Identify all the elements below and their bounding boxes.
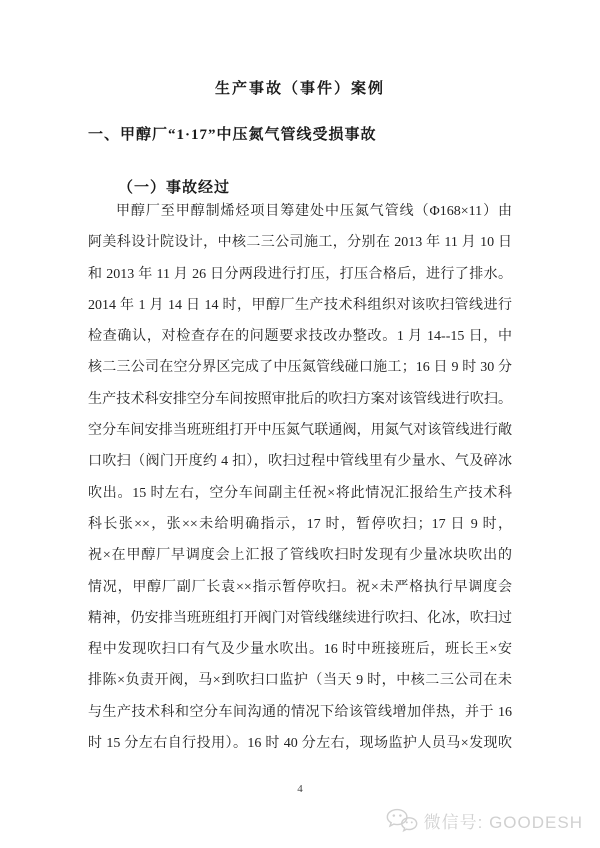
paragraph-line: 2014 年 1 月 14 日 14 时，甲醇厂生产技术科组织对该吹扫管线进行 bbox=[88, 290, 512, 321]
paragraph-line: 排陈×负责开阀，马×到吹扫口监护（当天 9 时，中核二三公司在未 bbox=[88, 665, 512, 696]
paragraph-line: 甲醇厂至甲醇制烯烃项目筹建处中压氮气管线（Φ168×11）由 bbox=[88, 196, 512, 227]
paragraph-line: 和 2013 年 11 月 26 日分两段进行打压，打压合格后，进行了排水。 bbox=[88, 259, 512, 290]
paragraph-line: 空分车间安排当班班组打开中压氮气联通阀，用氮气对该管线进行敞 bbox=[88, 415, 512, 446]
page-title: 生产事故（事件）案例 bbox=[0, 77, 600, 98]
watermark-label: 微信号: GOODESH bbox=[424, 808, 583, 833]
paragraph-line: 情况，甲醇厂副厂长袁××指示暂停吹扫。祝×未严格执行早调度会 bbox=[88, 572, 512, 603]
paragraph-line: 精神，仍安排当班班组打开阀门对管线继续进行吹扫、化冰，吹扫过 bbox=[88, 603, 512, 634]
wechat-icon bbox=[386, 807, 418, 833]
body-paragraph: 甲醇厂至甲醇制烯烃项目筹建处中压氮气管线（Φ168×11）由 阿美科设计院设计，… bbox=[88, 196, 512, 759]
paragraph-line: 口吹扫（阀门开度约 4 扣），吹扫过程中管线里有少量水、气及碎冰 bbox=[88, 446, 512, 477]
paragraph-line: 祝×在甲醇厂早调度会上汇报了管线吹扫时发现有少量冰块吹出的 bbox=[88, 540, 512, 571]
paragraph-line: 阿美科设计院设计，中核二三公司施工，分别在 2013 年 11 月 10 日 bbox=[88, 227, 512, 258]
paragraph-line: 核二三公司在空分界区完成了中压氮管线碰口施工；16 日 9 时 30 分 bbox=[88, 352, 512, 383]
paragraph-line: 与生产技术科和空分车间沟通的情况下给该管线增加伴热，并于 16 bbox=[88, 697, 512, 728]
paragraph-line: 检查确认，对检查存在的问题要求技改办整改。1 月 14--15 日，中 bbox=[88, 321, 512, 352]
paragraph-line: 程中发现吹扫口有气及少量水吹出。16 时中班接班后，班长王×安 bbox=[88, 634, 512, 665]
document-page: 生产事故（事件）案例 一、甲醇厂“1·17”中压氮气管线受损事故 （一）事故经过… bbox=[0, 0, 600, 848]
section-heading: 一、甲醇厂“1·17”中压氮气管线受损事故 bbox=[88, 123, 377, 144]
paragraph-line: 科长张××，张××未给明确指示，17 时，暂停吹扫；17 日 9 时， bbox=[88, 509, 512, 540]
paragraph-line: 时 15 分左右自行投用）。16 时 40 分左右，现场监护人员马×发现吹 bbox=[88, 728, 512, 759]
paragraph-line: 生产技术科安排空分车间按照审批后的吹扫方案对该管线进行吹扫。 bbox=[88, 384, 512, 415]
subsection-heading: （一）事故经过 bbox=[118, 176, 230, 197]
watermark: 微信号: GOODESH bbox=[386, 807, 583, 833]
page-number: 4 bbox=[0, 783, 600, 795]
paragraph-line: 吹出。15 时左右，空分车间副主任祝×将此情况汇报给生产技术科 bbox=[88, 478, 512, 509]
